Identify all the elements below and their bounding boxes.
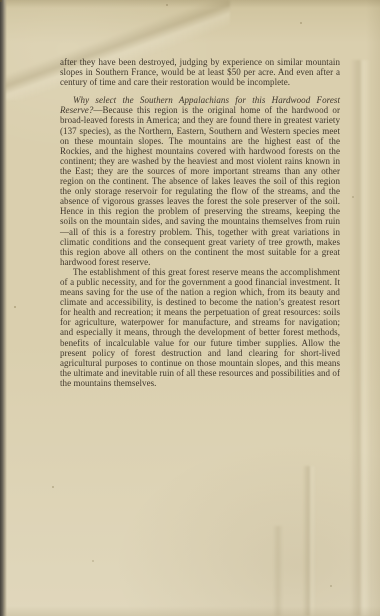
scanned-book-page: after they have been destroyed, judging … (0, 0, 380, 616)
paragraph-why-select: Why select the Southern Appalachians for… (60, 95, 340, 267)
paper-crease-bottom (300, 466, 318, 616)
paper-foxing-specks (0, 0, 2, 2)
paragraph-text: after they have been destroyed, judging … (60, 57, 340, 87)
page-text-block: after they have been destroyed, judging … (60, 57, 340, 388)
page-binding-edge-shadow (0, 0, 7, 616)
paragraph-text: The establishment of this great forest r… (60, 267, 340, 388)
paragraph-continuation: after they have been destroyed, judging … (60, 57, 340, 87)
paper-crease-bottom-2 (271, 526, 285, 616)
page-top-edge-shadow (0, 0, 380, 8)
page-right-edge-shadow (366, 0, 380, 616)
paragraph-establishment: The establishment of this great forest r… (60, 267, 340, 388)
page-bottom-edge-shadow (0, 606, 380, 616)
paragraph-text: —Because this region is the original hom… (60, 105, 340, 266)
